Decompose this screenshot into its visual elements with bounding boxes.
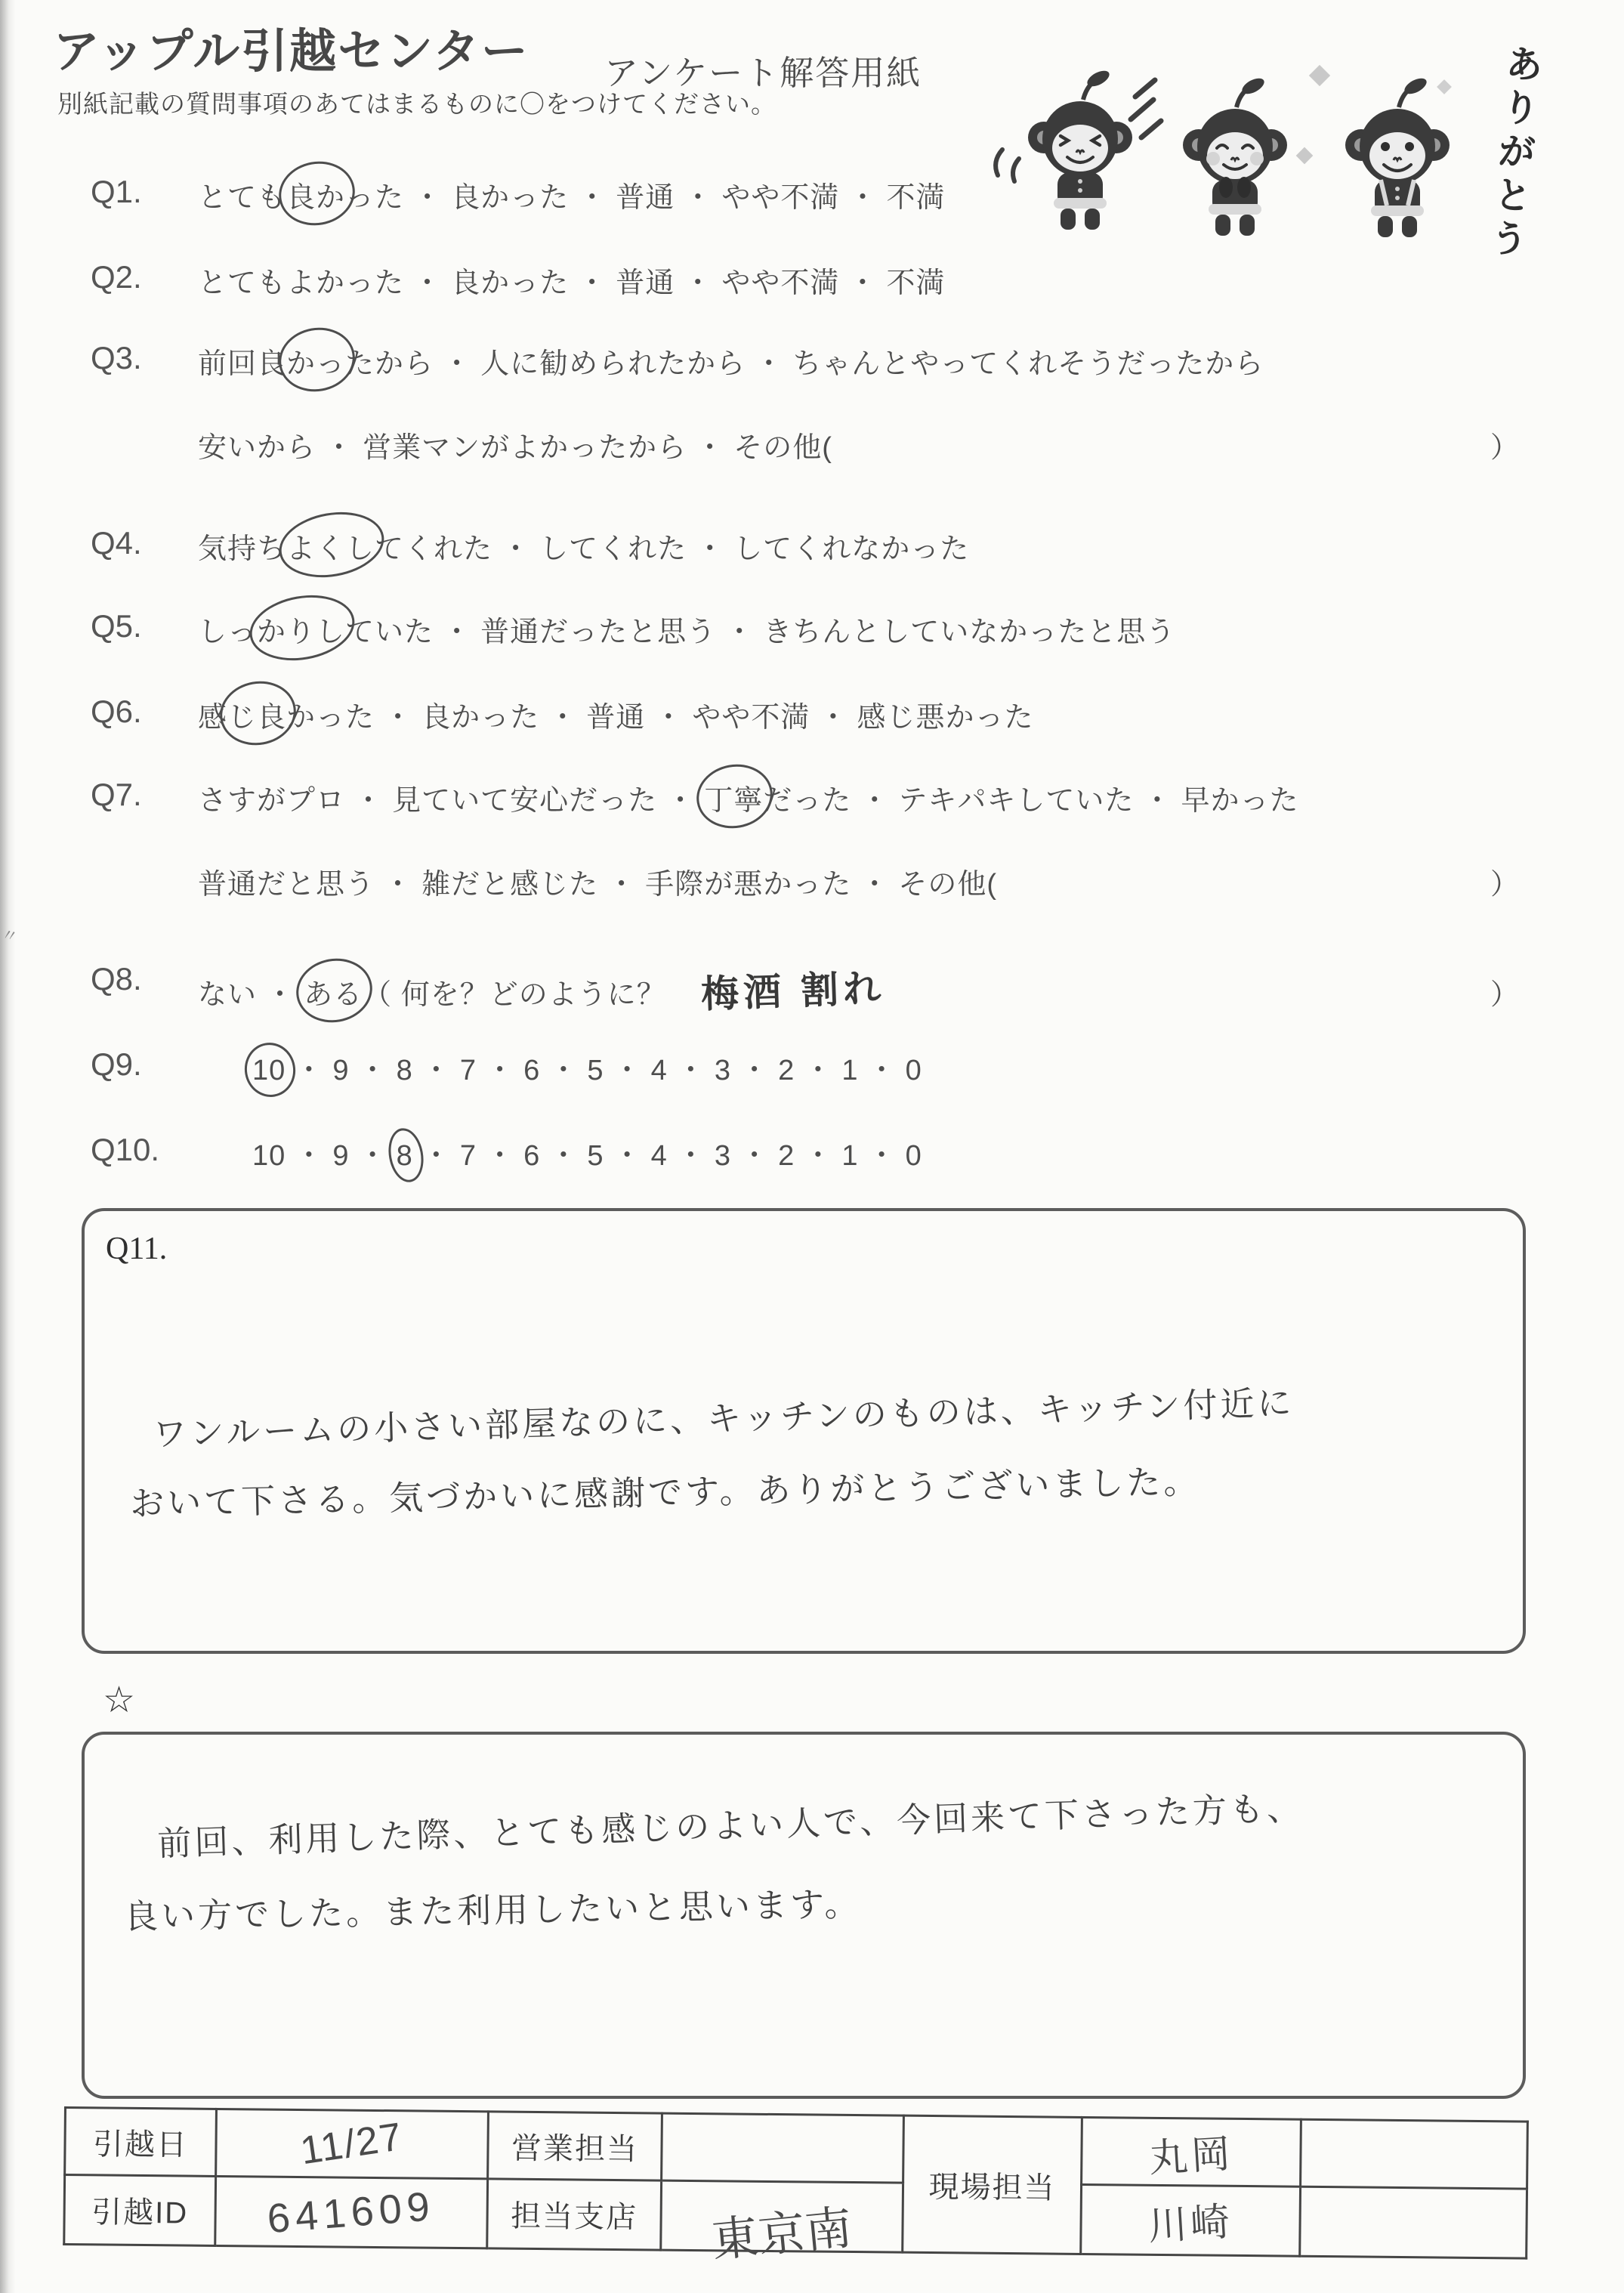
- option-text: ない ・: [198, 971, 304, 1012]
- option-line: 普通だと思う ・ 雑だと感じた ・ 手際が悪かった ・ その他(）: [198, 861, 1520, 902]
- scan-edge-shadow: [0, 0, 15, 2293]
- circled-answer: かりし: [257, 608, 345, 650]
- question-options: とても良かった ・ 良かった ・ 普通 ・ やや不満 ・ 不満: [198, 174, 1520, 215]
- question-id: Q2.: [91, 259, 198, 295]
- branch-value: 東京南: [709, 2189, 855, 2270]
- scanned-survey-page: { "header": { "title": "アップル引越センター", "su…: [0, 0, 1624, 2293]
- option-text: だった ・ テキパキしていた ・ 早かった: [763, 777, 1298, 818]
- question-options: ない ・ ある（ 何を？どのように？梅酒 割れ）: [198, 961, 1520, 1015]
- question-id: Q3.: [91, 340, 198, 376]
- sales-rep-label: 営業担当: [488, 2112, 662, 2180]
- option-line: 感じ良かった ・ 良かった ・ 普通 ・ やや不満 ・ 感じ悪かった: [198, 694, 1520, 735]
- footer-table: 引越日 11/27 営業担当 現場担当 丸岡 引越ID 641609 担当支店 …: [63, 2106, 1529, 2260]
- circled-answer: 8: [397, 1140, 413, 1173]
- circled-answer: かっ: [286, 340, 345, 382]
- question-id: Q6.: [91, 694, 198, 730]
- circled-answer: ある: [304, 971, 363, 1012]
- question-q4: Q4.気持ちよくしてくれた ・ してくれた ・ してくれなかった: [91, 525, 1520, 567]
- option-text: ・ 良かった ・ 普通 ・ やや不満 ・ 不満: [404, 174, 945, 215]
- option-text: ・ 9 ・ 8 ・ 7 ・ 6 ・ 5 ・ 4 ・ 3 ・ 2 ・ 1 ・ 0: [286, 1046, 922, 1088]
- question-id: Q9.: [91, 1046, 198, 1083]
- question-id: Q5.: [91, 608, 198, 644]
- form-instruction: 別紙記載の質問事項のあてはまるものに〇をつけてください。: [57, 85, 776, 120]
- option-text: ていた ・ 普通だったと思う ・ きちんとしていなかったと思う: [345, 608, 1175, 650]
- star-symbol: ☆: [103, 1679, 135, 1721]
- circled-answer: よくし: [286, 525, 375, 567]
- question-options: しっかりしていた ・ 普通だったと思う ・ きちんとしていなかったと思う: [198, 608, 1520, 650]
- option-text: 安いから ・ 営業マンがよかったから ・ その他(: [198, 424, 832, 465]
- option-line: 安いから ・ 営業マンがよかったから ・ その他(）: [198, 424, 1520, 465]
- handwritten-line: ワンルームの小さい部屋なのに、キッチンのものは、キッチン付近に: [152, 1375, 1295, 1456]
- option-text: ・ 7 ・ 6 ・ 5 ・ 4 ・ 3 ・ 2 ・ 1 ・ 0: [413, 1132, 922, 1173]
- option-line: しっかりしていた ・ 普通だったと思う ・ きちんとしていなかったと思う: [198, 608, 1520, 650]
- option-line: 10 ・ 9 ・ 8 ・ 7 ・ 6 ・ 5 ・ 4 ・ 3 ・ 2 ・ 1 ・…: [252, 1046, 1520, 1088]
- question-options: 前回良かったから ・ 人に勧められたから ・ ちゃんとやってくれそうだったから安…: [198, 340, 1520, 465]
- thanks-vertical-text: ありがとう: [1477, 42, 1550, 264]
- option-text: 10 ・ 9 ・: [252, 1132, 397, 1173]
- question-id: Q8.: [91, 961, 198, 997]
- move-date-value: 11/27: [298, 2114, 406, 2174]
- move-date-label: 引越日: [65, 2108, 217, 2177]
- star-answer-box: 前回、利用した際、とても感じのよい人で、今回来て下さった方も、良い方でした。また…: [82, 1732, 1526, 2099]
- circled-answer: じ良: [227, 694, 286, 735]
- question-q8: Q8.ない ・ ある（ 何を？どのように？梅酒 割れ）: [91, 961, 1520, 1015]
- move-id-cell: 641609: [215, 2176, 488, 2248]
- question-options: 気持ちよくしてくれた ・ してくれた ・ してくれなかった: [198, 525, 1520, 567]
- paren-close: ）: [1490, 424, 1520, 465]
- question-q9: Q9.10 ・ 9 ・ 8 ・ 7 ・ 6 ・ 5 ・ 4 ・ 3 ・ 2 ・ …: [91, 1046, 1520, 1088]
- move-id-label: 引越ID: [64, 2175, 216, 2246]
- site-rep-value-1: 丸岡: [1147, 2121, 1235, 2183]
- pen-stray-mark: 〃: [0, 922, 20, 948]
- table-row: 引越ID 641609 担当支店 東京南 川崎: [64, 2175, 1527, 2259]
- option-line: ない ・ ある（ 何を？どのように？梅酒 割れ）: [198, 961, 1520, 1015]
- q11-answer-box: Q11. ワンルームの小さい部屋なのに、キッチンのものは、キッチン付近において下…: [82, 1208, 1526, 1654]
- question-options: とてもよかった ・ 良かった ・ 普通 ・ やや不満 ・ 不満: [198, 259, 1520, 301]
- move-date-cell: 11/27: [216, 2109, 489, 2178]
- option-text: （ 何を？どのように？: [363, 971, 666, 1012]
- circled-answer: 良か: [286, 174, 345, 215]
- site-rep-label: 現場担当: [903, 2115, 1082, 2254]
- circled-answer: 10: [252, 1055, 286, 1087]
- q11-label: Q11.: [106, 1231, 167, 1267]
- branch-cell: 東京南: [661, 2180, 903, 2252]
- option-text: さすがプロ ・ 見ていて安心だった ・: [198, 777, 704, 818]
- paren-close: ）: [1490, 861, 1520, 902]
- question-id: Q7.: [91, 777, 198, 813]
- question-options: さすがプロ ・ 見ていて安心だった ・ 丁寧だった ・ テキパキしていた ・ 早…: [198, 777, 1520, 902]
- site-rep-value-2: 川崎: [1147, 2189, 1234, 2251]
- question-id: Q10.: [91, 1132, 198, 1168]
- question-q1: Q1.とても良かった ・ 良かった ・ 普通 ・ やや不満 ・ 不満: [91, 174, 1520, 215]
- option-line: とてもよかった ・ 良かった ・ 普通 ・ やや不満 ・ 不満: [198, 259, 1520, 301]
- question-q3: Q3.前回良かったから ・ 人に勧められたから ・ ちゃんとやってくれそうだった…: [91, 340, 1520, 465]
- sparkle-plus-icon: [1131, 80, 1161, 138]
- question-options: 10 ・ 9 ・ 8 ・ 7 ・ 6 ・ 5 ・ 4 ・ 3 ・ 2 ・ 1 ・…: [198, 1132, 1520, 1173]
- sales-rep-cell: [662, 2113, 904, 2183]
- question-options: 感じ良かった ・ 良かった ・ 普通 ・ やや不満 ・ 感じ悪かった: [198, 694, 1520, 735]
- question-id: Q4.: [91, 525, 198, 561]
- blank-cell-2: [1300, 2186, 1527, 2258]
- question-q10: Q10.10 ・ 9 ・ 8 ・ 7 ・ 6 ・ 5 ・ 4 ・ 3 ・ 2 ・…: [91, 1132, 1520, 1173]
- question-q6: Q6.感じ良かった ・ 良かった ・ 普通 ・ やや不満 ・ 感じ悪かった: [91, 694, 1520, 735]
- paren-close: ）: [1490, 971, 1520, 1012]
- handwritten-line: 前回、利用した際、とても感じのよい人で、今回来て下さった方も、: [156, 1780, 1304, 1865]
- question-q7: Q7.さすがプロ ・ 見ていて安心だった ・ 丁寧だった ・ テキパキしていた …: [91, 777, 1520, 902]
- branch-label: 担当支店: [487, 2179, 662, 2250]
- option-text: てくれた ・ してくれた ・ してくれなかった: [375, 525, 969, 567]
- question-options: 10 ・ 9 ・ 8 ・ 7 ・ 6 ・ 5 ・ 4 ・ 3 ・ 2 ・ 1 ・…: [198, 1046, 1520, 1088]
- option-text: とてもよかった ・ 良かった ・ 普通 ・ やや不満 ・ 不満: [198, 259, 945, 301]
- option-text: たから ・ 人に勧められたから ・ ちゃんとやってくれそうだったから: [345, 340, 1264, 382]
- question-q2: Q2.とてもよかった ・ 良かった ・ 普通 ・ やや不満 ・ 不満: [91, 259, 1520, 301]
- option-text: かった ・ 良かった ・ 普通 ・ やや不満 ・ 感じ悪かった: [286, 694, 1033, 735]
- handwritten-line: おいて下さる。気づかいに感謝です。ありがとうございました。: [129, 1454, 1200, 1525]
- option-text: しっ: [198, 608, 257, 650]
- circled-answer: 丁寧: [704, 777, 763, 818]
- question-id: Q1.: [91, 174, 198, 210]
- option-text: 気持ち: [198, 525, 286, 567]
- option-line: とても良かった ・ 良かった ・ 普通 ・ やや不満 ・ 不満: [198, 174, 1520, 215]
- option-line: さすがプロ ・ 見ていて安心だった ・ 丁寧だった ・ テキパキしていた ・ 早…: [198, 777, 1520, 818]
- monkey-mascots-illustration: [986, 36, 1477, 263]
- option-line: 気持ちよくしてくれた ・ してくれた ・ してくれなかった: [198, 525, 1520, 567]
- move-id-value: 641609: [266, 2183, 437, 2242]
- option-text: 普通だと思う ・ 雑だと感じた ・ 手際が悪かった ・ その他(: [198, 861, 997, 902]
- company-title: アップル引越センター: [53, 14, 529, 81]
- option-line: 10 ・ 9 ・ 8 ・ 7 ・ 6 ・ 5 ・ 4 ・ 3 ・ 2 ・ 1 ・…: [252, 1132, 1520, 1173]
- option-text: とても: [198, 174, 286, 215]
- site-rep-cell-2: 川崎: [1081, 2184, 1301, 2256]
- handwritten-line: 良い方でした。また利用したいと思います。: [124, 1876, 862, 1938]
- question-q5: Q5.しっかりしていた ・ 普通だったと思う ・ きちんとしていなかったと思う: [91, 608, 1520, 650]
- handwritten-answer: 梅酒 割れ: [700, 958, 886, 1018]
- option-text: 前回良: [198, 340, 286, 382]
- site-rep-cell-1: 丸岡: [1082, 2117, 1301, 2186]
- blank-cell-1: [1301, 2119, 1528, 2189]
- option-line: 前回良かったから ・ 人に勧められたから ・ ちゃんとやってくれそうだったから: [198, 340, 1520, 382]
